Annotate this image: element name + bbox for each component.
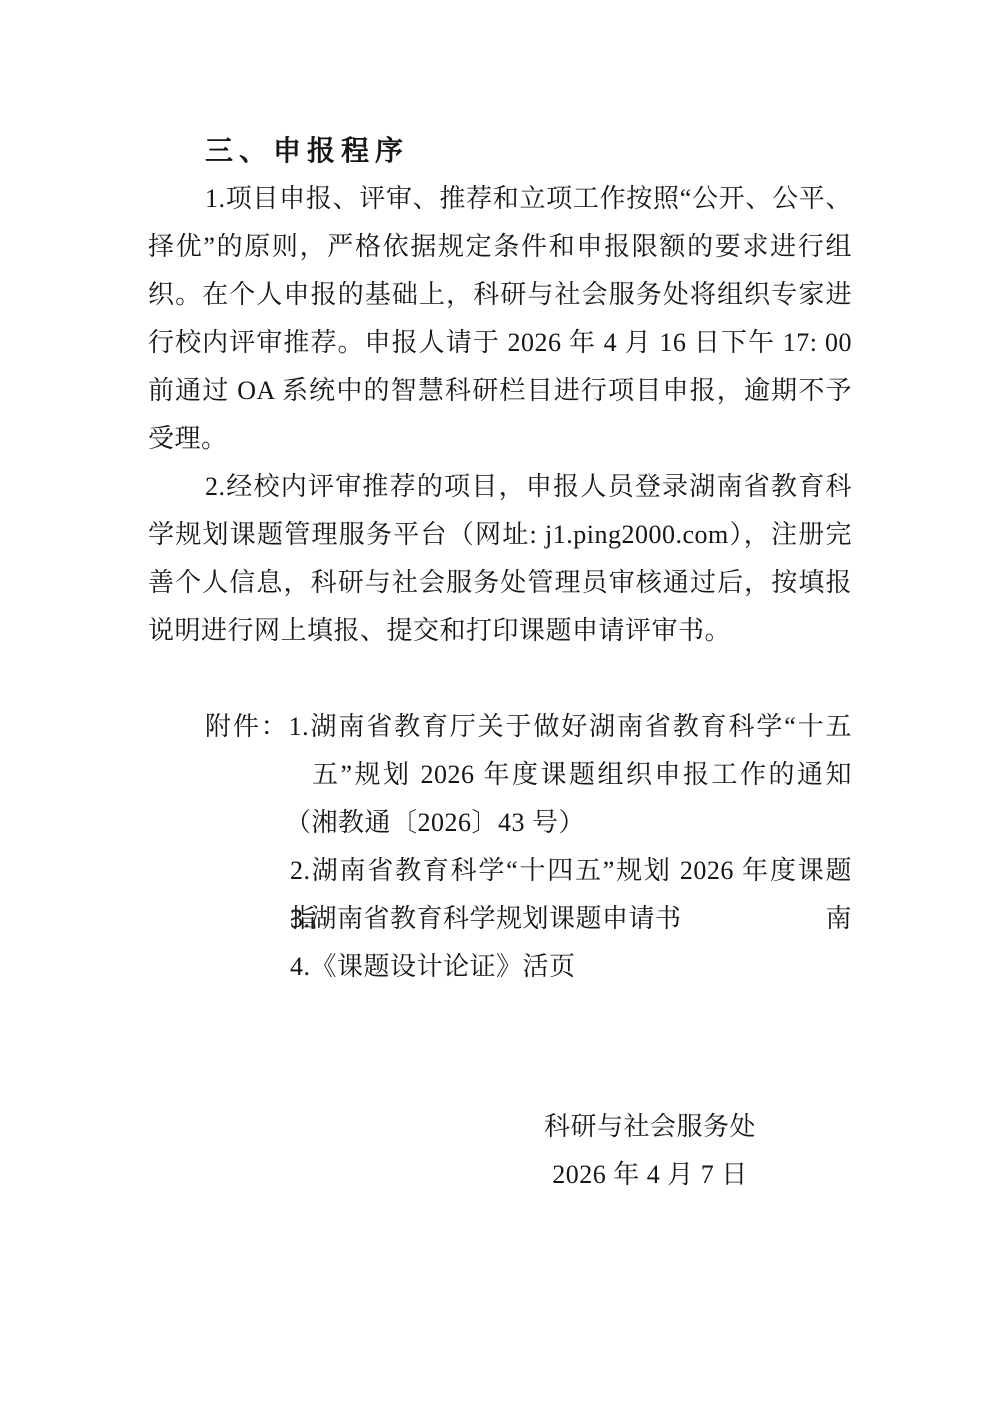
- spacer: [148, 655, 852, 703]
- spacer: [148, 991, 852, 1039]
- paragraph2-line: 2.经校内评审推荐的项目，申报人员登录湖南省教育科: [148, 463, 852, 511]
- attachment-item-1-docnumber: （湘教通〔2026〕43 号）: [148, 799, 852, 847]
- attachment-item-2: 2.湖南省教育科学“十四五”规划 2026 年度课题指南: [148, 847, 852, 895]
- section-heading: 三、申报程序: [148, 127, 852, 175]
- spacer: [148, 1039, 852, 1087]
- paragraph1-line: 行校内评审推荐。申报人请于 2026 年 4 月 16 日下午 17: 00: [148, 319, 852, 367]
- document-page: 三、申报程序 1.项目申报、评审、推荐和立项工作按照“公开、公平、 择优”的原则…: [148, 0, 852, 1199]
- paragraph2-line: 学规划课题管理服务平台（网址: j1.ping2000.com），注册完: [148, 511, 852, 559]
- attachment-item-1: 附件：1.湖南省教育厅关于做好湖南省教育科学“十五: [148, 703, 852, 751]
- attachment-item-1-text: 1.湖南省教育厅关于做好湖南省教育科学“十五: [289, 712, 852, 741]
- attachments-label: 附件：: [205, 712, 289, 741]
- paragraph1-line: 前通过 OA 系统中的智慧科研栏目进行项目申报，逾期不予: [148, 367, 852, 415]
- attachment-item-1-wrap: 五”规划 2026 年度课题组织申报工作的通知: [148, 751, 852, 799]
- signature-block: 科研与社会服务处 2026 年 4 月 7 日: [500, 1103, 800, 1199]
- attachment-item-4: 4.《课题设计论证》活页: [148, 943, 852, 991]
- paragraph1-line: 受理。: [148, 415, 852, 463]
- signature-date: 2026 年 4 月 7 日: [500, 1151, 800, 1199]
- paragraph1-line: 织。在个人申报的基础上，科研与社会服务处将组织专家进: [148, 271, 852, 319]
- paragraph2-line: 说明进行网上填报、提交和打印课题申请评审书。: [148, 607, 852, 655]
- paragraph2-line: 善个人信息，科研与社会服务处管理员审核通过后，按填报: [148, 559, 852, 607]
- signature-department: 科研与社会服务处: [500, 1103, 800, 1151]
- paragraph1-line: 择优”的原则，严格依据规定条件和申报限额的要求进行组: [148, 223, 852, 271]
- paragraph1-line: 1.项目申报、评审、推荐和立项工作按照“公开、公平、: [148, 175, 852, 223]
